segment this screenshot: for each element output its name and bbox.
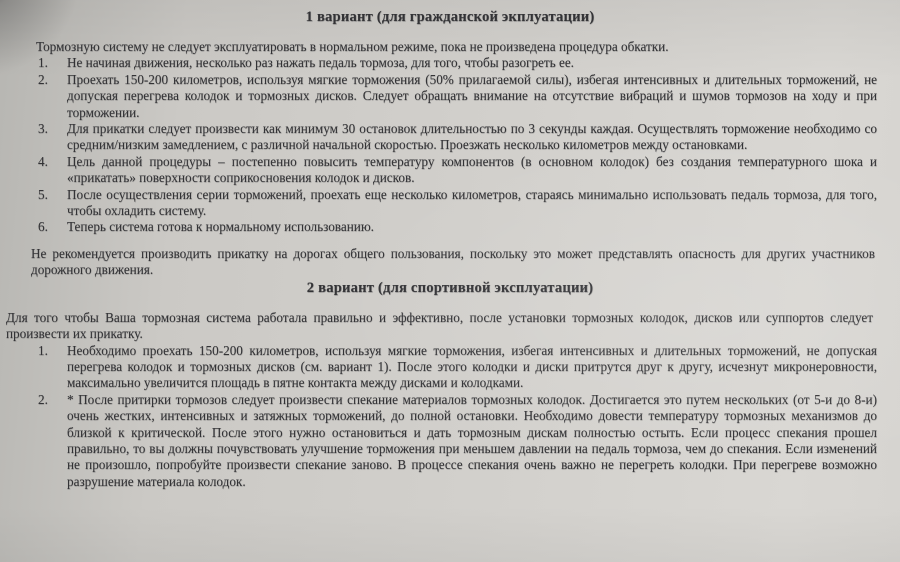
list-item: 2. * После притирки тормозов следует про… [0,392,900,490]
list-item-number: 4. [38,154,67,170]
list-item: 6. Теперь система готова к нормальному и… [0,219,900,235]
scanned-document-page: 1 вариант (для гражданской экплуатации) … [0,0,900,562]
list-item-text: Проехать 150-200 километров, используя м… [67,72,877,121]
list-item-text: Необходимо проехать 150-200 километров, … [67,343,877,392]
list-item: 4. Цель данной процедуры – постепенно по… [0,154,900,187]
list-item: 1. Необходимо проехать 150-200 километро… [0,343,900,392]
list-item-number: 6. [38,219,67,235]
section1-list: 1. Не начиная движения, несколько раз на… [0,55,900,235]
list-item-number: 1. [38,343,67,359]
list-item-number: 3. [38,121,67,137]
section1-intro: Тормозную систему не следует эксплуатиро… [36,39,876,55]
list-item-text: Не начиная движения, несколько раз нажат… [67,55,877,71]
section1-note: Не рекомендуется производить прикатку на… [31,246,875,279]
list-item-text: Теперь система готова к нормальному испо… [67,219,877,235]
list-item: 3. Для прикатки следует произвести как м… [0,121,900,154]
section2-intro: Для того чтобы Ваша тормозная система ра… [6,310,873,343]
list-item: 1. Не начиная движения, несколько раз на… [0,55,900,71]
list-item-text: * После притирки тормозов следует произв… [67,392,877,490]
list-item-number: 2. [38,392,67,408]
section1-title: 1 вариант (для гражданской экплуатации) [0,0,900,26]
list-item-text: После осуществления серии торможений, пр… [67,187,877,220]
section2-list: 1. Необходимо проехать 150-200 километро… [0,343,900,491]
list-item-number: 2. [38,72,67,88]
list-item: 2. Проехать 150-200 километров, использу… [0,72,900,121]
list-item-text: Цель данной процедуры – постепенно повыс… [67,154,877,187]
section2-title: 2 вариант (для спортивной эксплуатации) [0,279,900,297]
list-item-number: 1. [38,55,67,71]
list-item-number: 5. [38,187,67,203]
list-item-text: Для прикатки следует произвести как мини… [67,121,877,154]
list-item: 5. После осуществления серии торможений,… [0,187,900,220]
